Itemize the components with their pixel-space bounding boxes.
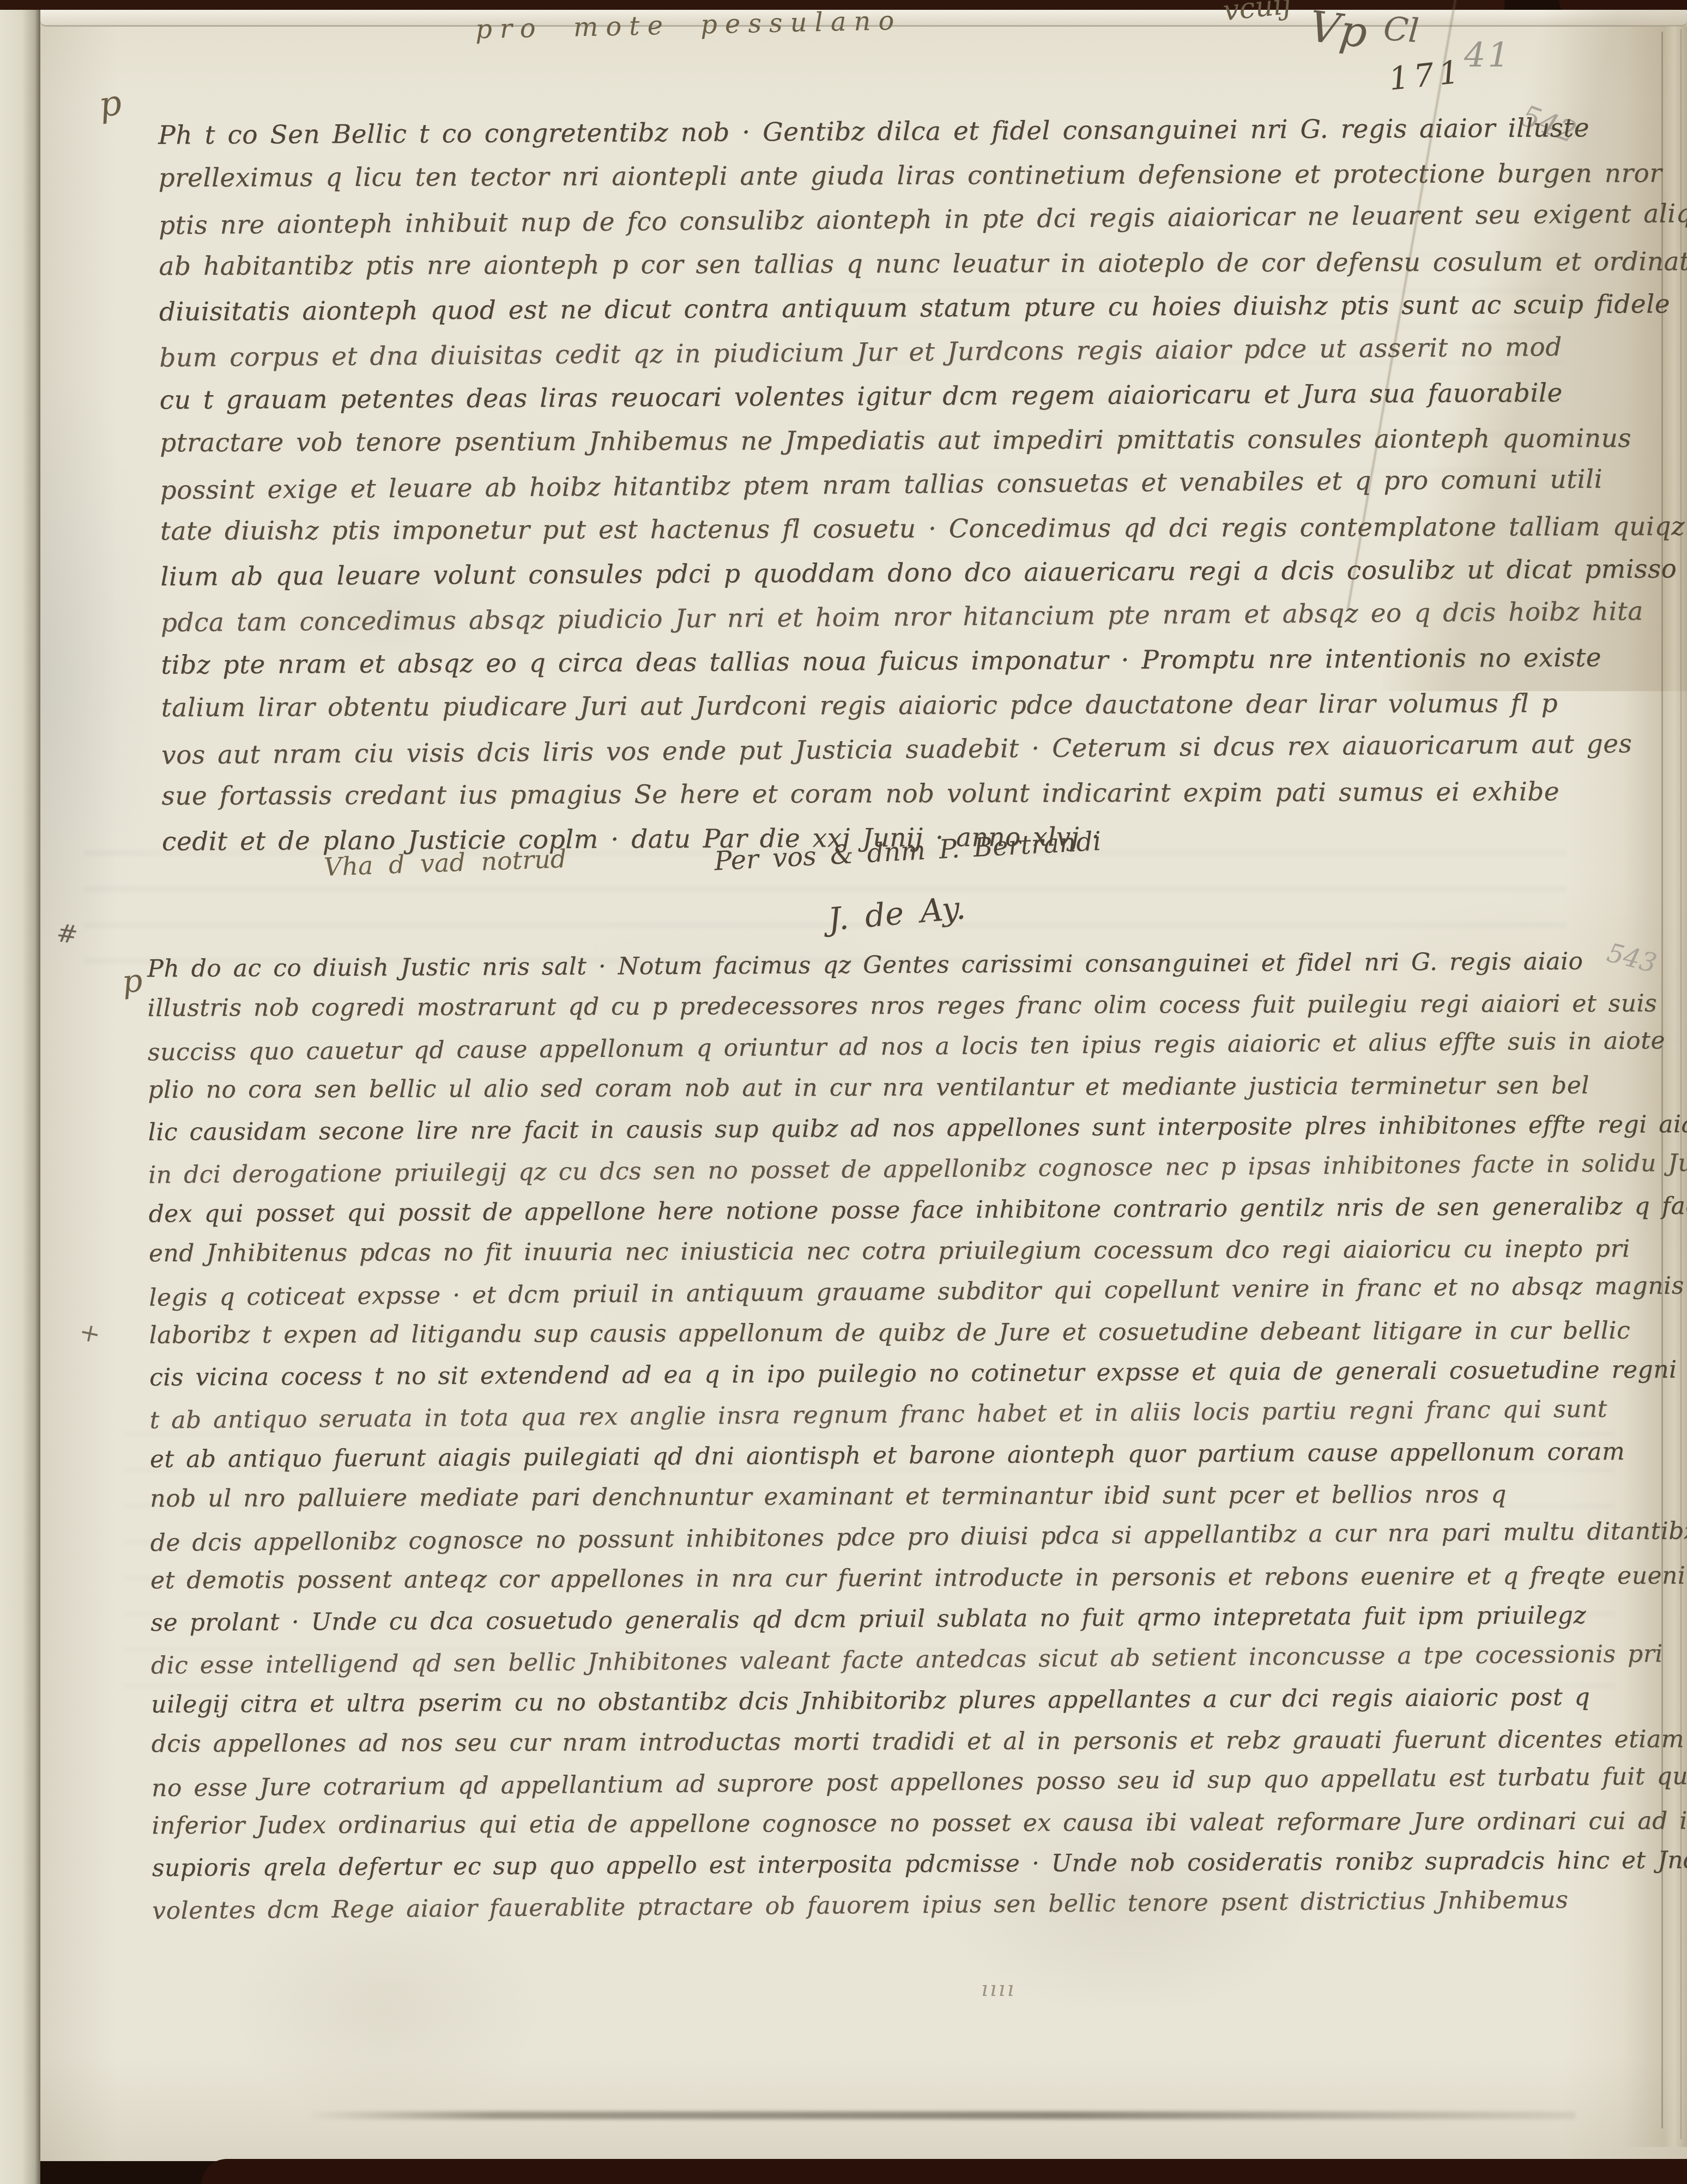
manuscript-line: et demotis possent anteqz cor appellones… [150,1556,1611,1601]
manuscript-line: Ph do ac co diuish Justic nris salt · No… [147,941,1608,989]
ink-mark-left: Vp [1307,2,1370,58]
margin-paraph-doc2: p [120,961,144,1001]
manuscript-photo: pro mote pessulano vcuij Vp Cl 171 41 54… [0,0,1687,2184]
manuscript-line: ptractare vob tenore psentium Jnhibemus … [160,416,1599,465]
manuscript-line: cu t grauam petentes deas liras reuocari… [160,371,1599,422]
document-2-text-block: Ph do ac co diuish Justic nris salt · No… [147,941,1613,1929]
manuscript-line: laboribz t expen ad litigandu sup causis… [149,1310,1610,1356]
manuscript-line: tibz pte nram et absqz eo q circa deas t… [161,636,1600,687]
manuscript-line: ab habitantibz ptis nre aionteph p cor s… [159,240,1598,288]
margin-cross-mark: + [77,1316,104,1350]
manuscript-line: vos aut nram ciu visis dcis liris vos en… [161,722,1601,778]
margin-hash-mark: # [55,918,80,950]
bottom-crease-smudge [305,2112,1575,2119]
manuscript-line: ptis nre aionteph inhibuit nup de fco co… [159,192,1598,248]
manuscript-line: possint exige et leuare ab hoibz hitanti… [160,457,1599,513]
manuscript-line: inferior Judex ordinarius qui etia de ap… [152,1801,1612,1846]
manuscript-line: prelleximus q licu ten tector nri aionte… [158,152,1597,200]
quire-mark: ıııı [981,1976,1015,2001]
manuscript-line: sue fortassis credant ius pmagius Se her… [161,770,1600,818]
manuscript-line: Ph t co Sen Bellic t co congretentibz no… [158,106,1597,158]
manuscript-line: tate diuishz ptis imponetur put est hact… [160,505,1599,553]
facing-page-edge [0,10,40,2184]
document-1-text-block: Ph t co Sen Bellic t co congretentibz no… [158,106,1601,864]
book-cover-bottom-edge [202,2159,1687,2184]
margin-paraph-doc1: p [96,83,124,126]
parchment-page: pro mote pessulano vcuij Vp Cl 171 41 54… [40,10,1687,2161]
ink-mark-right: Cl [1382,10,1420,50]
folio-number-pencil: 41 [1464,35,1511,75]
folio-number-ink: 171 [1387,53,1466,98]
manuscript-line: plio no cora sen bellic ul alio sed cora… [148,1065,1609,1110]
manuscript-line: talium lirar obtentu piudicare Juri aut … [161,681,1600,730]
